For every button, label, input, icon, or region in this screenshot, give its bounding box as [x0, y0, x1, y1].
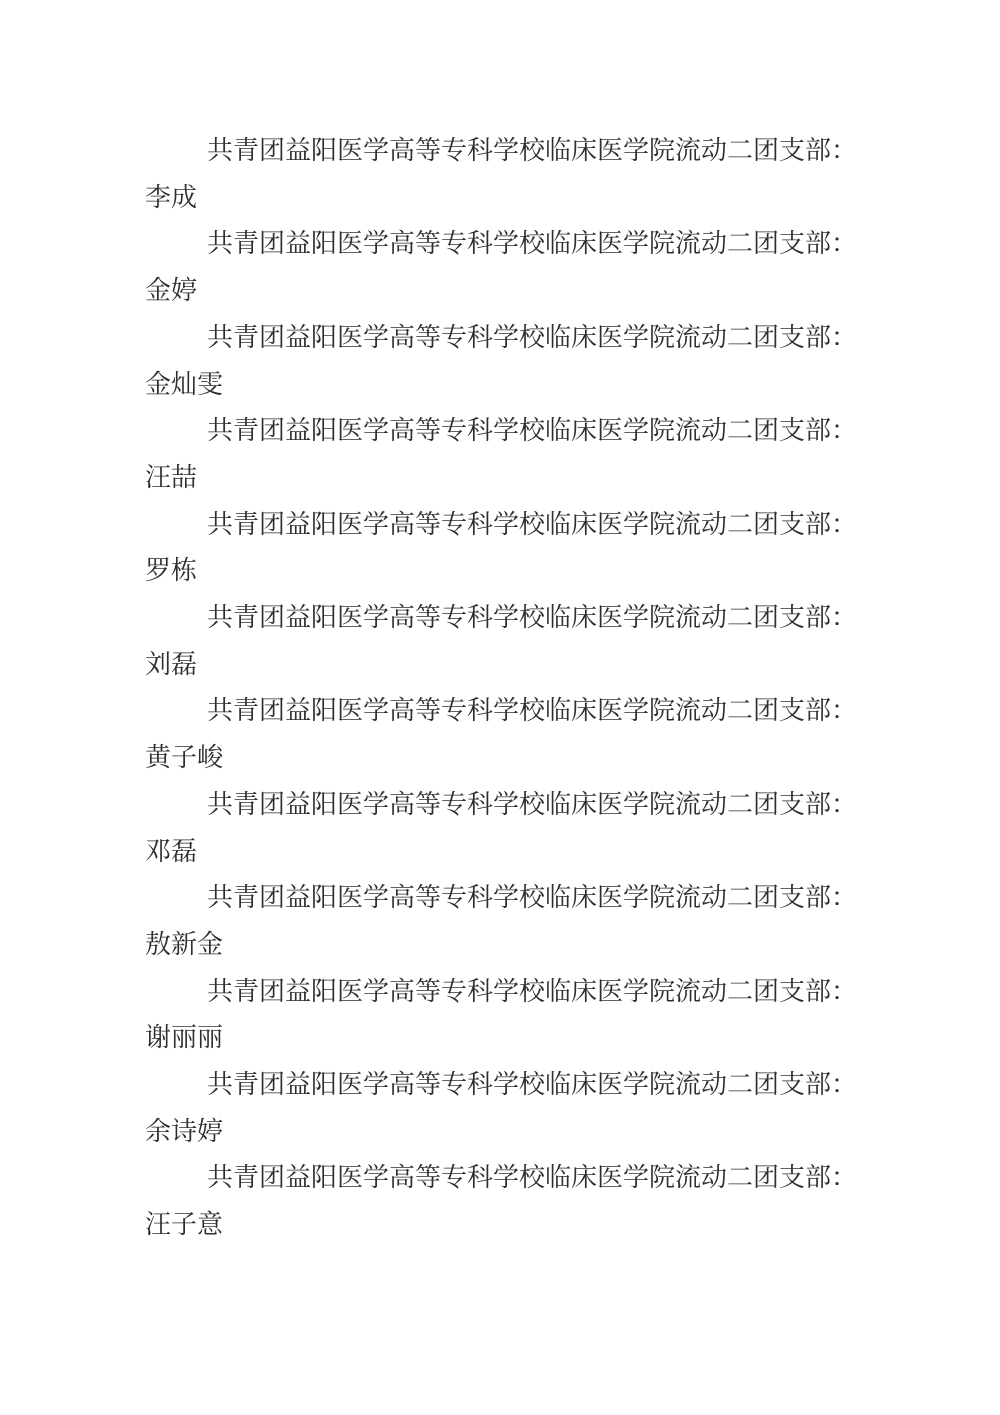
branch-title: 共青团益阳医学高等专科学校临床医学院流动二团支部：	[145, 502, 870, 549]
membership-entry: 共青团益阳医学高等专科学校临床医学院流动二团支部： 罗栋	[145, 502, 870, 595]
member-name: 汪喆	[145, 455, 870, 502]
membership-entry: 共青团益阳医学高等专科学校临床医学院流动二团支部： 汪喆	[145, 408, 870, 501]
member-name: 敖新金	[145, 922, 870, 969]
branch-title: 共青团益阳医学高等专科学校临床医学院流动二团支部：	[145, 688, 870, 735]
member-name: 金婷	[145, 268, 870, 315]
branch-title: 共青团益阳医学高等专科学校临床医学院流动二团支部：	[145, 1062, 870, 1109]
membership-entry: 共青团益阳医学高等专科学校临床医学院流动二团支部： 邓磊	[145, 782, 870, 875]
member-name: 罗栋	[145, 548, 870, 595]
membership-entry: 共青团益阳医学高等专科学校临床医学院流动二团支部： 余诗婷	[145, 1062, 870, 1155]
member-name: 谢丽丽	[145, 1015, 870, 1062]
membership-entry: 共青团益阳医学高等专科学校临床医学院流动二团支部： 刘磊	[145, 595, 870, 688]
member-name: 余诗婷	[145, 1109, 870, 1156]
membership-entry: 共青团益阳医学高等专科学校临床医学院流动二团支部： 金灿雯	[145, 315, 870, 408]
membership-entry: 共青团益阳医学高等专科学校临床医学院流动二团支部： 李成	[145, 128, 870, 221]
branch-title: 共青团益阳医学高等专科学校临床医学院流动二团支部：	[145, 595, 870, 642]
member-name: 黄子峻	[145, 735, 870, 782]
branch-title: 共青团益阳医学高等专科学校临床医学院流动二团支部：	[145, 1155, 870, 1202]
branch-title: 共青团益阳医学高等专科学校临床医学院流动二团支部：	[145, 221, 870, 268]
membership-entry: 共青团益阳医学高等专科学校临床医学院流动二团支部： 谢丽丽	[145, 969, 870, 1062]
document-page: 共青团益阳医学高等专科学校临床医学院流动二团支部： 李成 共青团益阳医学高等专科…	[0, 0, 1000, 1415]
branch-title: 共青团益阳医学高等专科学校临床医学院流动二团支部：	[145, 128, 870, 175]
branch-title: 共青团益阳医学高等专科学校临床医学院流动二团支部：	[145, 408, 870, 455]
branch-title: 共青团益阳医学高等专科学校临床医学院流动二团支部：	[145, 315, 870, 362]
membership-entry: 共青团益阳医学高等专科学校临床医学院流动二团支部： 黄子峻	[145, 688, 870, 781]
member-name: 邓磊	[145, 829, 870, 876]
member-name: 刘磊	[145, 642, 870, 689]
membership-entry: 共青团益阳医学高等专科学校临床医学院流动二团支部： 金婷	[145, 221, 870, 314]
membership-entry: 共青团益阳医学高等专科学校临床医学院流动二团支部： 汪子意	[145, 1155, 870, 1248]
member-name: 汪子意	[145, 1202, 870, 1249]
branch-title: 共青团益阳医学高等专科学校临床医学院流动二团支部：	[145, 969, 870, 1016]
branch-title: 共青团益阳医学高等专科学校临床医学院流动二团支部：	[145, 782, 870, 829]
membership-entry: 共青团益阳医学高等专科学校临床医学院流动二团支部： 敖新金	[145, 875, 870, 968]
member-name: 金灿雯	[145, 362, 870, 409]
member-name: 李成	[145, 175, 870, 222]
entry-list: 共青团益阳医学高等专科学校临床医学院流动二团支部： 李成 共青团益阳医学高等专科…	[145, 128, 870, 1249]
branch-title: 共青团益阳医学高等专科学校临床医学院流动二团支部：	[145, 875, 870, 922]
